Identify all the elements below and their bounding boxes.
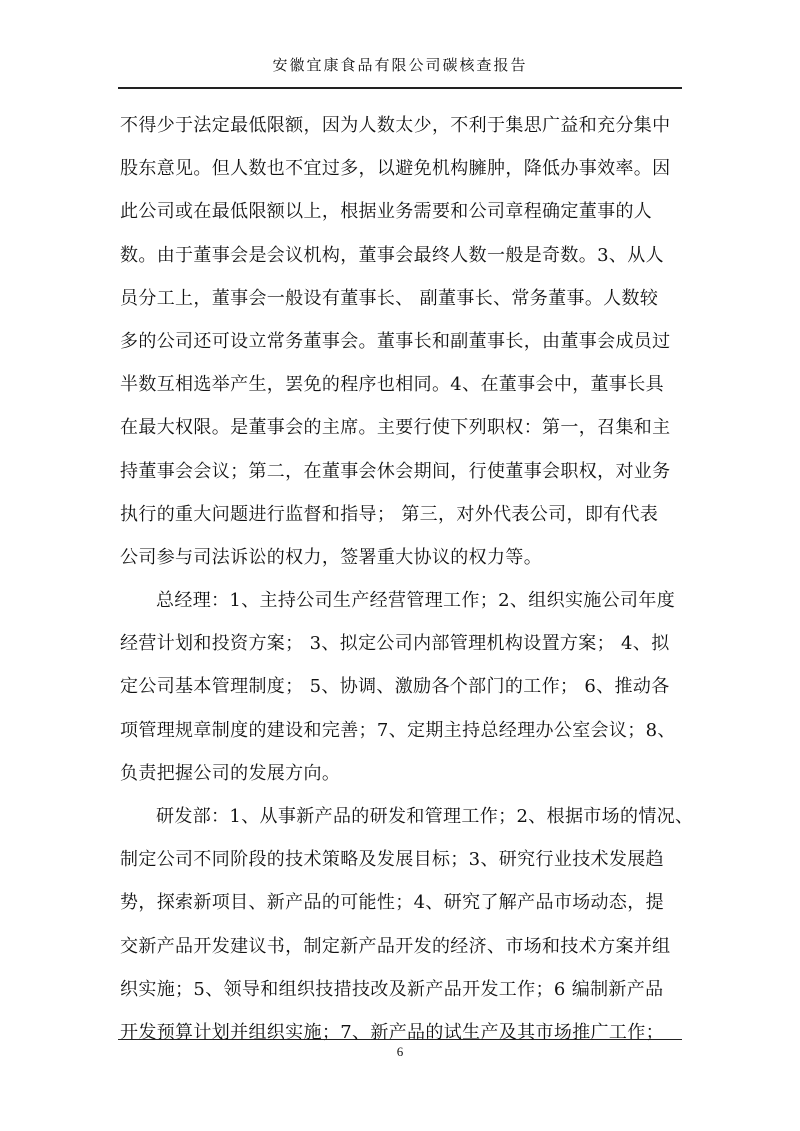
body-text: 不得少于法定最低限额，因为人数太少，不利于集思广益和充分集中 股东意见。但人数也… — [120, 104, 682, 1054]
text-line: 公司参与司法诉讼的权力，签署重大协议的权力等。 — [120, 536, 682, 579]
page-number: 6 — [118, 1044, 682, 1060]
text-line: 股东意见。但人数也不宜过多，以避免机构臃肿，降低办事效率。因 — [120, 147, 682, 190]
text-line: 半数互相选举产生，罢免的程序也相同。4、在董事会中，董事长具 — [120, 363, 682, 406]
text-line: 经营计划和投资方案； 3、拟定公司内部管理机构设置方案； 4、拟 — [120, 622, 682, 665]
paragraph-start-rd-department: 研发部：1、从事新产品的研发和管理工作；2、根据市场的情况、 — [120, 795, 682, 838]
text-line: 势，探索新项目、新产品的可能性；4、研究了解产品市场动态，提 — [120, 881, 682, 924]
text-line: 数。由于董事会是会议机构，董事会最终人数一般是奇数。3、从人 — [120, 234, 682, 277]
text-line: 织实施；5、领导和组织技措技改及新产品开发工作；6 编制新产品 — [120, 968, 682, 1011]
text-line: 此公司或在最低限额以上，根据业务需要和公司章程确定董事的人 — [120, 190, 682, 233]
footer-divider — [118, 1039, 682, 1040]
text-line: 员分工上，董事会一般设有董事长、 副董事长、常务董事。人数较 — [120, 277, 682, 320]
text-line: 制定公司不同阶段的技术策略及发展目标；3、研究行业技术发展趋 — [120, 838, 682, 881]
header-divider — [118, 87, 682, 89]
text-line: 执行的重大问题进行监督和指导； 第三，对外代表公司，即有代表 — [120, 493, 682, 536]
text-line: 不得少于法定最低限额，因为人数太少，不利于集思广益和充分集中 — [120, 104, 682, 147]
page-header-title: 安徽宜康食品有限公司碳核查报告 — [118, 54, 682, 76]
text-line: 负责把握公司的发展方向。 — [120, 752, 682, 795]
text-line: 多的公司还可设立常务董事会。董事长和副董事长，由董事会成员过 — [120, 320, 682, 363]
text-line: 在最大权限。是董事会的主席。主要行使下列职权：第一，召集和主 — [120, 406, 682, 449]
text-line: 定公司基本管理制度； 5、协调、激励各个部门的工作； 6、推动各 — [120, 665, 682, 708]
text-line: 持董事会会议；第二，在董事会休会期间，行使董事会职权，对业务 — [120, 450, 682, 493]
text-line: 项管理规章制度的建设和完善；7、定期主持总经理办公室会议；8、 — [120, 709, 682, 752]
text-line: 交新产品开发建议书，制定新产品开发的经济、市场和技术方案并组 — [120, 925, 682, 968]
paragraph-start-general-manager: 总经理：1、主持公司生产经营管理工作；2、组织实施公司年度 — [120, 579, 682, 622]
